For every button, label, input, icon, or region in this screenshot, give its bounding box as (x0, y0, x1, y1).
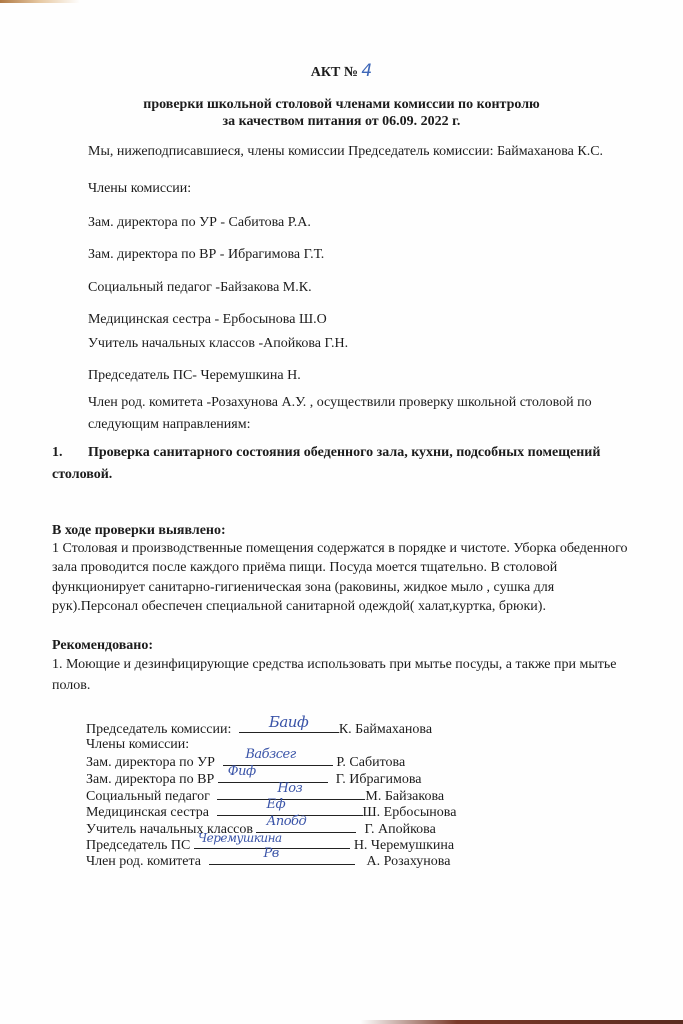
signature-name: Н. Черемушкина (354, 838, 454, 853)
findings-line: рук).Персонал обеспечен специальной сани… (52, 598, 546, 615)
document-title: АКТ № 4 (0, 61, 683, 81)
section-1-heading-cont: столовой. (52, 466, 112, 483)
signature-role: Социальный педагог (86, 789, 210, 804)
signature-name: Г. Ибрагимова (336, 772, 422, 787)
signature-name: Р. Сабитова (336, 755, 405, 770)
signature-row: Зам. директора по ВР Фиф Г. Ибрагимова (86, 770, 422, 788)
member-line: Медицинская сестра - Ербосынова Ш.О (88, 311, 327, 328)
title-prefix: АКТ № (311, 65, 358, 80)
signature-role: Зам. директора по УР (86, 755, 215, 770)
signature-role: Член род. комитета (86, 854, 201, 869)
section-1-number: 1. (52, 444, 63, 461)
member-line: Учитель начальных классов -Апойкова Г.Н. (88, 335, 348, 352)
signature-row-chair: Председатель комиссии: Баиф К. Баймахано… (86, 720, 432, 738)
signature-role: Медицинская сестра (86, 805, 209, 820)
section-1-heading: Проверка санитарного состояния обеденног… (88, 444, 600, 461)
intro-text: Мы, нижеподписавшиеся, члены комиссии Пр… (88, 143, 603, 160)
recommendations-heading: Рекомендовано: (52, 637, 153, 654)
recommendation-line: полов. (52, 677, 90, 694)
handwritten-signature: Черемушкина (198, 830, 282, 846)
subtitle-line-2: за качеством питания от 06.09. 2022 г. (0, 113, 683, 130)
scan-edge-top (0, 0, 80, 3)
findings-line: зала проводится после каждого приёма пищ… (52, 559, 557, 576)
handwritten-signature: Баиф (269, 714, 308, 730)
document-subtitle: проверки школьной столовой членами комис… (0, 96, 683, 130)
recommendation-line: 1. Моющие и дезинфицирующие средства исп… (52, 656, 617, 673)
signature-line: Рв (209, 852, 355, 865)
signature-name: А. Розахунова (367, 854, 451, 869)
signature-line: Баиф (239, 720, 339, 733)
signature-row: Член род. комитета Рв А. Розахунова (86, 852, 450, 870)
findings-line: функционирует санитарно-гигиеническая зо… (52, 579, 554, 596)
signature-role: Председатель ПС (86, 838, 190, 853)
signature-role: Председатель комиссии: (86, 722, 231, 737)
signature-role: Зам. директора по ВР (86, 772, 214, 787)
handwritten-signature: Фиф (228, 764, 256, 780)
signature-name: Г. Апойкова (364, 822, 435, 837)
members-label: Члены комиссии: (88, 180, 191, 197)
document-page: АКТ № 4 проверки школьной столовой члена… (0, 0, 683, 1024)
member-line: Председатель ПС- Черемушкина Н. (88, 367, 301, 384)
signature-name: Ш. Ербосынова (363, 805, 457, 820)
handwritten-signature: Ноз (277, 781, 302, 797)
last-member-line-2: следующим направлениям: (88, 416, 250, 433)
last-member-line-1: Член род. комитета -Розахунова А.У. , ос… (88, 394, 592, 411)
signature-line: Фиф (218, 770, 328, 783)
signature-name: К. Баймаханова (339, 722, 432, 737)
signature-name: М. Байзакова (365, 789, 444, 804)
handwritten-signature: Рв (264, 846, 279, 862)
findings-line: 1 Столовая и производственные помещения … (52, 540, 628, 557)
signature-line: Ноз (217, 787, 365, 800)
signature-members-label: Члены комиссии: (86, 737, 189, 753)
findings-heading: В ходе проверки выявлено: (52, 522, 226, 539)
handwritten-signature: Вабзсег (245, 747, 295, 763)
subtitle-line-1: проверки школьной столовой членами комис… (0, 96, 683, 113)
member-line: Социальный педагог -Байзакова М.К. (88, 279, 312, 296)
member-line: Зам. директора по ВР - Ибрагимова Г.Т. (88, 246, 324, 263)
scan-edge-bottom (360, 1020, 683, 1024)
member-line: Зам. директора по УР - Сабитова Р.А. (88, 214, 311, 231)
handwritten-act-number: 4 (361, 61, 372, 81)
handwritten-signature: Еф (267, 797, 286, 813)
handwritten-signature: Апобд (266, 814, 306, 830)
